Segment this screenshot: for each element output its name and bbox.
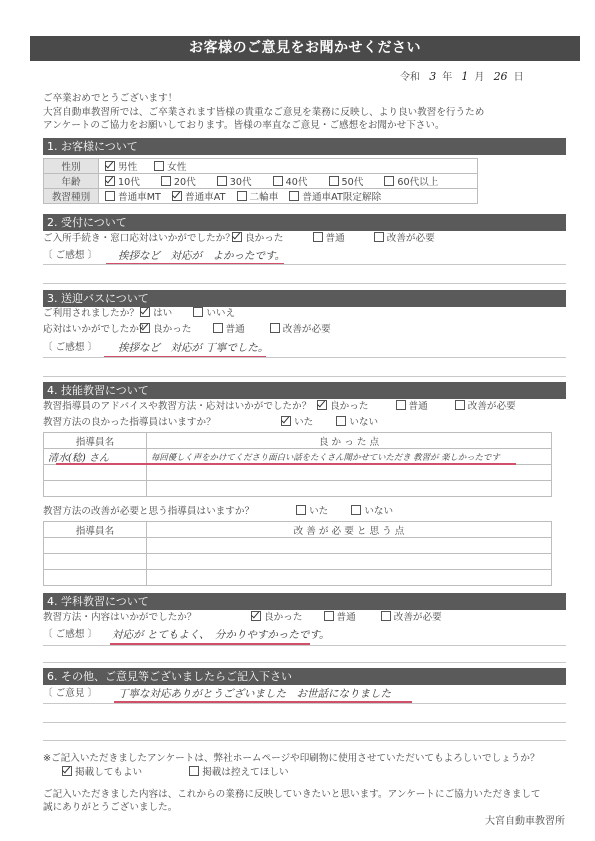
reception-comment[interactable]: 挨拶など 対応が よかったです。 (118, 248, 285, 263)
option-manual[interactable]: 普通車MT (105, 189, 161, 203)
section-header-other-comments: 6. その他、ご意見等ございましたらご記入下さい (43, 668, 566, 685)
checkbox-checked-icon[interactable] (251, 611, 261, 621)
option-label: 二輪車 (250, 192, 279, 203)
improvement-points-cell[interactable] (147, 554, 552, 570)
classroom-rating-question: 教習方法・内容はいかがでしたか？ (43, 611, 248, 625)
intro-line: ご卒業おめでとうございます！ (43, 92, 484, 106)
checkbox-icon[interactable] (329, 176, 339, 186)
gender-row: 性別 男性 女性 (44, 159, 478, 174)
ruled-line (43, 703, 566, 704)
column-header-improvement-points: 改 善 が 必 要 と 思 う 点 (147, 522, 552, 538)
checkbox-icon[interactable] (351, 505, 361, 515)
table-row (44, 538, 552, 554)
section-header-customer: 1. お客様について (43, 138, 566, 155)
good-instructor-question: 教習方法の良かった指導員はいますか？ (43, 416, 278, 430)
option-average[interactable]: 普通 (213, 323, 245, 337)
option-label: 掲載してもよい (75, 767, 142, 778)
date-month-unit: 月 (474, 72, 484, 83)
checkbox-icon[interactable] (296, 505, 306, 515)
page-title: お客様のご意見をお聞かせください (30, 36, 580, 61)
improve-instructor-question: 教習方法の改善が必要と思う指導員はいますか？ (43, 505, 293, 519)
gender-label: 性別 (44, 159, 99, 174)
checkbox-icon[interactable] (237, 191, 247, 201)
table-header-row: 指導員名 改 善 が 必 要 と 思 う 点 (44, 522, 552, 538)
checkbox-checked-icon[interactable] (105, 161, 115, 171)
instructor-name-cell[interactable] (44, 481, 147, 497)
school-signature: 大宮自動車教習所 (485, 812, 565, 827)
option-good[interactable]: 良かった (232, 232, 283, 246)
date-year-unit: 年 (442, 72, 452, 83)
age-label: 年齢 (44, 174, 99, 189)
checkbox-icon[interactable] (273, 176, 283, 186)
ruled-line (43, 376, 566, 377)
course-type-label: 教習種別 (44, 189, 99, 204)
option-at-limit-removal[interactable]: 普通車AT限定解除 (289, 189, 381, 203)
checkbox-checked-icon[interactable] (172, 191, 182, 201)
option-label: 良かった (264, 612, 302, 623)
option-label: 改善が必要 (387, 233, 435, 244)
option-yes-there-was[interactable]: いた (281, 416, 313, 430)
good-instructor-row: 教習方法の良かった指導員はいますか？ いた いない (43, 416, 392, 430)
reception-question: ご入所手続き・窓口応対はいかがでしたか？ (43, 232, 229, 246)
option-label: 10代 (118, 177, 140, 188)
improvement-points-cell[interactable] (147, 538, 552, 554)
consent-question: ※ご記入いただきましたアンケートは、弊社ホームページや印刷物に使用させていただい… (43, 752, 540, 765)
ruled-line (43, 283, 566, 284)
option-label: 40代 (286, 177, 308, 188)
date-day-unit: 日 (514, 72, 524, 83)
option-label: いた (294, 417, 313, 428)
good-instructor-table: 指導員名 良 か っ た 点 清水(稔) さん 毎回優しく声をかけてくださり面白… (43, 432, 552, 497)
instructor-name-cell[interactable] (44, 465, 147, 481)
checkbox-icon[interactable] (396, 400, 406, 410)
column-header-good-points: 良 か っ た 点 (147, 433, 552, 449)
checkbox-icon[interactable] (270, 323, 280, 333)
classroom-comment-label: 〔 ご感想 〕 (43, 628, 97, 642)
ruled-line (43, 662, 566, 663)
option-yes-there-was[interactable]: いた (296, 505, 328, 519)
gender-options: 男性 女性 (99, 159, 478, 174)
option-50s[interactable]: 50代 (329, 174, 364, 188)
option-label: いない (364, 506, 393, 517)
checkbox-checked-icon[interactable] (281, 416, 291, 426)
instructor-rating-question: 教習指導員のアドバイスや教習方法・応対はいかがでしたか？ (43, 400, 314, 414)
option-label: 改善が必要 (394, 612, 442, 623)
checkbox-icon[interactable] (193, 307, 203, 317)
ruled-line (43, 722, 566, 723)
bus-comment-label: 〔 ご感想 〕 (43, 341, 97, 355)
checkbox-checked-icon[interactable] (105, 176, 115, 186)
section-header-reception: 2. 受付について (43, 214, 566, 231)
good-points-cell[interactable] (147, 481, 552, 497)
option-label: 良かった (245, 233, 283, 244)
instructor-name-cell[interactable] (44, 538, 147, 554)
table-row (44, 481, 552, 497)
closing-text: ご記入いただきました内容は、これからの業務に反映していきたいと思います。アンケー… (43, 788, 541, 814)
checkbox-icon[interactable] (105, 191, 115, 201)
option-label: 改善が必要 (468, 401, 516, 412)
option-label: いた (309, 506, 328, 517)
option-yes[interactable]: はい (140, 307, 172, 321)
option-publish-ok[interactable]: 掲載してもよい (62, 766, 142, 779)
option-label: 普通 (326, 233, 345, 244)
classroom-comment[interactable]: 対応が とてもよく、 分かりやすかったです。 (112, 627, 330, 642)
date-month[interactable]: 1 (461, 70, 468, 83)
bus-service-question: 応対はいかがでしたか？ (43, 323, 137, 337)
option-needs-improvement[interactable]: 改善が必要 (374, 232, 435, 246)
option-motorcycle[interactable]: 二輪車 (237, 189, 279, 203)
course-type-options: 普通車MT 普通車AT 二輪車 普通車AT限定解除 (99, 189, 478, 204)
date-era: 令和 (400, 72, 420, 83)
table-row (44, 465, 552, 481)
checkbox-icon[interactable] (161, 176, 171, 186)
option-good[interactable]: 良かった (317, 400, 368, 414)
table-row (44, 554, 552, 570)
bus-usage-row: ご利用されましたか？ はい いいえ (43, 307, 249, 321)
option-30s[interactable]: 30代 (217, 174, 252, 188)
intro-line: 大宮自動車教習所では、ご卒業されます皆様の貴重なご意見を業務に反映し、より良い教… (43, 106, 484, 120)
improve-instructor-row: 教習方法の改善が必要と思う指導員はいますか？ いた いない (43, 505, 407, 519)
table-header-row: 指導員名 良 か っ た 点 (44, 433, 552, 449)
option-average[interactable]: 普通 (396, 400, 428, 414)
checkbox-checked-icon[interactable] (62, 766, 72, 776)
checkbox-icon[interactable] (324, 611, 334, 621)
closing-line: 誠にありがとうございました。 (43, 801, 541, 814)
option-label: 60代以上 (397, 177, 438, 188)
checkbox-icon[interactable] (381, 611, 391, 621)
option-label: 普通 (409, 401, 428, 412)
option-label: はい (153, 308, 172, 319)
instructor-name-cell[interactable] (44, 570, 147, 586)
option-needs-improvement[interactable]: 改善が必要 (455, 400, 516, 414)
table-row (44, 570, 552, 586)
checkbox-icon[interactable] (217, 176, 227, 186)
option-no-there-wasnt[interactable]: いない (351, 505, 393, 519)
course-type-row: 教習種別 普通車MT 普通車AT 二輪車 普通車AT限定解除 (44, 189, 478, 204)
option-label: 良かった (153, 324, 191, 335)
checkbox-icon[interactable] (189, 766, 199, 776)
other-comment-label: 〔 ご意見 〕 (43, 687, 97, 701)
checkbox-icon[interactable] (154, 161, 164, 171)
option-good[interactable]: 良かった (251, 611, 302, 625)
bus-comment[interactable]: 挨拶など 対応が 丁寧でした。 (118, 340, 268, 355)
option-label: 30代 (230, 177, 252, 188)
option-label: 掲載は控えてほしい (202, 767, 288, 778)
option-label: いない (349, 417, 378, 428)
improvement-points-cell[interactable] (147, 570, 552, 586)
option-20s[interactable]: 20代 (161, 174, 196, 188)
option-label: 普通車MT (118, 192, 161, 203)
other-comment[interactable]: 丁寧な対応ありがとうございました お世話になりました (118, 686, 391, 701)
intro-line: アンケートのご協力をお願いしております。皆様の率直なご意見・ご感想をお聞かせ下さ… (43, 119, 484, 133)
age-row: 年齢 10代 20代 30代 40代 50代 60代以上 (44, 174, 478, 189)
option-needs-improvement[interactable]: 改善が必要 (381, 611, 442, 625)
option-60s-plus[interactable]: 60代以上 (384, 174, 438, 188)
handwriting-underline (56, 463, 516, 465)
instructor-rating-row: 教習指導員のアドバイスや教習方法・応対はいかがでしたか？ 良かった 普通 改善が… (43, 400, 530, 414)
checkbox-icon[interactable] (313, 232, 323, 242)
checkbox-icon[interactable] (213, 323, 223, 333)
good-points-cell[interactable] (147, 465, 552, 481)
option-label: 普通 (226, 324, 245, 335)
instructor-name-cell[interactable] (44, 554, 147, 570)
classroom-rating-row: 教習方法・内容はいかがでしたか？ 良かった 普通 改善が必要 (43, 611, 456, 625)
option-publish-decline[interactable]: 掲載は控えてほしい (189, 766, 288, 779)
option-10s[interactable]: 10代 (105, 174, 140, 188)
bus-service-row: 応対はいかがでしたか？ 良かった 普通 改善が必要 (43, 323, 345, 337)
option-label: 良かった (330, 401, 368, 412)
option-label: 普通車AT (185, 192, 225, 203)
option-label: いいえ (206, 308, 235, 319)
option-automatic[interactable]: 普通車AT (172, 189, 225, 203)
checkbox-icon[interactable] (384, 176, 394, 186)
option-40s[interactable]: 40代 (273, 174, 308, 188)
ruled-line (43, 357, 566, 358)
section-header-driving-lessons: 4. 技能教習について (43, 382, 566, 399)
option-average[interactable]: 普通 (313, 232, 345, 246)
reception-comment-label: 〔 ご感想 〕 (43, 249, 97, 263)
date-day[interactable]: 26 (494, 70, 508, 83)
option-label: 改善が必要 (283, 324, 331, 335)
option-label: 20代 (174, 177, 196, 188)
checkbox-icon[interactable] (289, 191, 299, 201)
column-header-instructor: 指導員名 (44, 522, 147, 538)
date-year[interactable]: 3 (429, 70, 436, 83)
improve-instructor-table: 指導員名 改 善 が 必 要 と 思 う 点 (43, 521, 552, 586)
option-average[interactable]: 普通 (324, 611, 356, 625)
section-header-classroom-lessons: 4. 学科教習について (43, 593, 566, 610)
ruled-line (43, 740, 566, 741)
option-female[interactable]: 女性 (154, 159, 186, 173)
option-no[interactable]: いいえ (193, 307, 235, 321)
age-options: 10代 20代 30代 40代 50代 60代以上 (99, 174, 478, 189)
intro-text: ご卒業おめでとうございます！ 大宮自動車教習所では、ご卒業されます皆様の貴重なご… (43, 92, 484, 133)
option-good[interactable]: 良かった (140, 323, 191, 337)
option-label: 男性 (118, 162, 137, 173)
checkbox-checked-icon[interactable] (140, 323, 150, 333)
checkbox-icon[interactable] (336, 416, 346, 426)
option-label: 普通車AT限定解除 (302, 192, 381, 203)
checkbox-checked-icon[interactable] (140, 307, 150, 317)
option-needs-improvement[interactable]: 改善が必要 (270, 323, 331, 337)
reception-question-row: ご入所手続き・窓口応対はいかがでしたか？ 良かった 普通 改善が必要 (43, 232, 449, 246)
option-label: 女性 (167, 162, 186, 173)
option-label: 普通 (337, 612, 356, 623)
customer-info-table: 性別 男性 女性 年齢 10代 20代 30代 40代 50代 60代以上 教習… (43, 158, 478, 204)
option-label: 50代 (342, 177, 364, 188)
checkbox-icon[interactable] (455, 400, 465, 410)
date-line: 令和 3年 1月 26日 (400, 68, 570, 83)
ruled-line (43, 264, 566, 265)
checkbox-checked-icon[interactable] (317, 400, 327, 410)
bus-usage-question: ご利用されましたか？ (43, 307, 137, 321)
closing-line: ご記入いただきました内容は、これからの業務に反映していきたいと思います。アンケー… (43, 788, 541, 801)
checkbox-checked-icon[interactable] (232, 232, 242, 242)
section-header-shuttle-bus: 3. 送迎バスについて (43, 290, 566, 307)
consent-options: 掲載してもよい 掲載は控えてほしい (62, 766, 303, 779)
ruled-line (43, 645, 566, 646)
column-header-instructor: 指導員名 (44, 433, 147, 449)
option-male[interactable]: 男性 (105, 159, 137, 173)
option-no-there-wasnt[interactable]: いない (336, 416, 378, 430)
checkbox-icon[interactable] (374, 232, 384, 242)
